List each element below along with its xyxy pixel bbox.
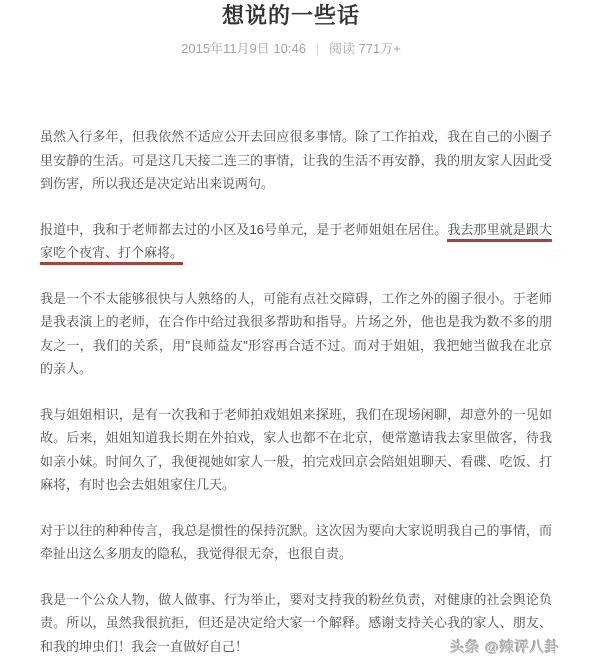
paragraph-text: 对于以往的种种传言，我总是惯性的保持沉默。这次因为要向大家说明我自己的事情，而牵… xyxy=(40,523,552,562)
meta-divider xyxy=(317,43,318,56)
watermark: 头条 @辣评八卦 xyxy=(450,637,560,657)
paragraph-1: 虽然入行多年，但我依然不适应公开去回应很多事情。除了工作拍戏，我在自己的小圈子里… xyxy=(40,125,552,196)
paragraph-5: 对于以往的种种传言，我总是惯性的保持沉默。这次因为要向大家说明我自己的事情，而牵… xyxy=(40,519,552,566)
article-title: 想说的一些话 xyxy=(0,2,582,30)
read-count: 阅读 771万+ xyxy=(329,41,401,57)
publish-date: 2015年11月9日 10:46 xyxy=(181,41,306,57)
paragraph-3: 我是一个不太能够很快与人熟络的人，可能有点社交障碍，工作之外的圈子很小。于老师是… xyxy=(40,287,552,381)
paragraph-2: 报道中，我和于老师都去过的小区及16号单元，是于老师姐姐在居住。我去那里就是跟大… xyxy=(40,218,552,265)
paragraph-text: 我是一个不太能够很快与人熟络的人，可能有点社交障碍，工作之外的圈子很小。于老师是… xyxy=(40,291,552,377)
article-body: 虽然入行多年，但我依然不适应公开去回应很多事情。除了工作拍戏，我在自己的小圈子里… xyxy=(0,125,598,658)
paragraph-text: 虽然入行多年，但我依然不适应公开去回应很多事情。除了工作拍戏，我在自己的小圈子里… xyxy=(40,129,552,191)
paragraph-4: 我与姐姐相识，是有一次我和于老师拍戏姐姐来探班，我们在现场闲聊，却意外的一见如故… xyxy=(40,403,552,497)
article-meta: 2015年11月9日 10:46 阅读 771万+ xyxy=(0,41,582,57)
article-header: 想说的一些话 2015年11月9日 10:46 阅读 771万+ xyxy=(0,0,598,57)
paragraph-text: 报道中，我和于老师都去过的小区及16号单元，是于老师姐姐在居住。 xyxy=(40,222,447,237)
article-page: 想说的一些话 2015年11月9日 10:46 阅读 771万+ 虽然入行多年，… xyxy=(0,0,598,666)
paragraph-text: 我与姐姐相识，是有一次我和于老师拍戏姐姐来探班，我们在现场闲聊，却意外的一见如故… xyxy=(40,407,552,493)
